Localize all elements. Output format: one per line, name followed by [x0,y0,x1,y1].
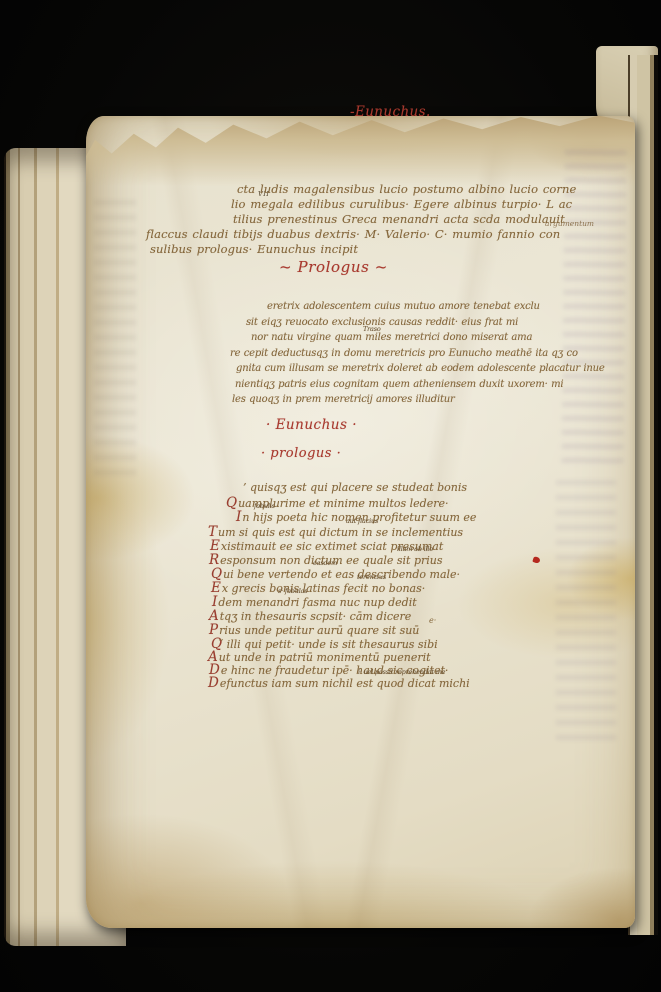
manuscript-photo: -Eunuchus. VII argumentum ~ Prologus ~ ·… [0,0,661,992]
didascalia-line: cta ludis magalensibus lucio postumo alb… [237,182,576,196]
argumentum-line: sit eiqʒ reuocato exclusionis causas red… [246,317,518,328]
rubricated-initial: D [208,675,219,691]
margin-correction-letter: e· [429,616,436,625]
verse-line: Defunctus iam sum nichil est quod dicat … [208,675,470,691]
interlinear-gloss: terencius [357,573,386,581]
argumentum-line: eretrix adolescentem cuius mutuo amore t… [267,301,540,312]
manuscript-text-layer: -Eunuchus. VII argumentum ~ Prologus ~ ·… [0,0,661,992]
interlinear-gloss: aut flacius [346,517,378,525]
argumentum-line: nor natu virgine quam miles meretrici do… [251,332,532,343]
argumentum-line: gnita cum illusam se meretrix doleret ab… [236,363,605,374]
interlinear-gloss: s· fabulas [278,587,307,595]
verse-line: ’ quisqʒ est qui placere se studeat boni… [243,481,467,494]
didascalia-line: lio megala edilibus curulibus· Egere alb… [231,197,572,211]
interlinear-gloss: fabulis [254,502,275,510]
didascalia-line: tilius prenestinus Greca menandri acta s… [233,212,565,226]
margin-red-mark [532,556,541,564]
argumentum-line: nientiqʒ patris eius cognitam quem athen… [235,379,563,390]
rubricated-initial: I [236,509,241,525]
interlinear-gloss: Traso [363,325,381,333]
page-title-rubric: -Eunuchus. [350,104,431,120]
interlinear-gloss: easdem [313,559,337,567]
interlinear-gloss: illam ab illo [397,545,433,553]
argumentum-line: les quoqʒ in prem meretricij amores illu… [232,394,455,405]
prologus-section-rubric: · prologus · [261,446,341,461]
eunuchus-section-rubric: · Eunuchus · [266,417,357,433]
interlinear-gloss: i· uel possit reprehendat me [358,668,445,676]
prologus-heading-rubric: ~ Prologus ~ [279,258,388,276]
didascalia-line: sulibus prologus· Eunuchus incipit [150,242,358,256]
argumentum-line: re cepit deductusqʒ in domu meretricis p… [230,348,578,359]
didascalia-line: flaccus claudi tibijs duabus dextris· M·… [146,227,560,241]
